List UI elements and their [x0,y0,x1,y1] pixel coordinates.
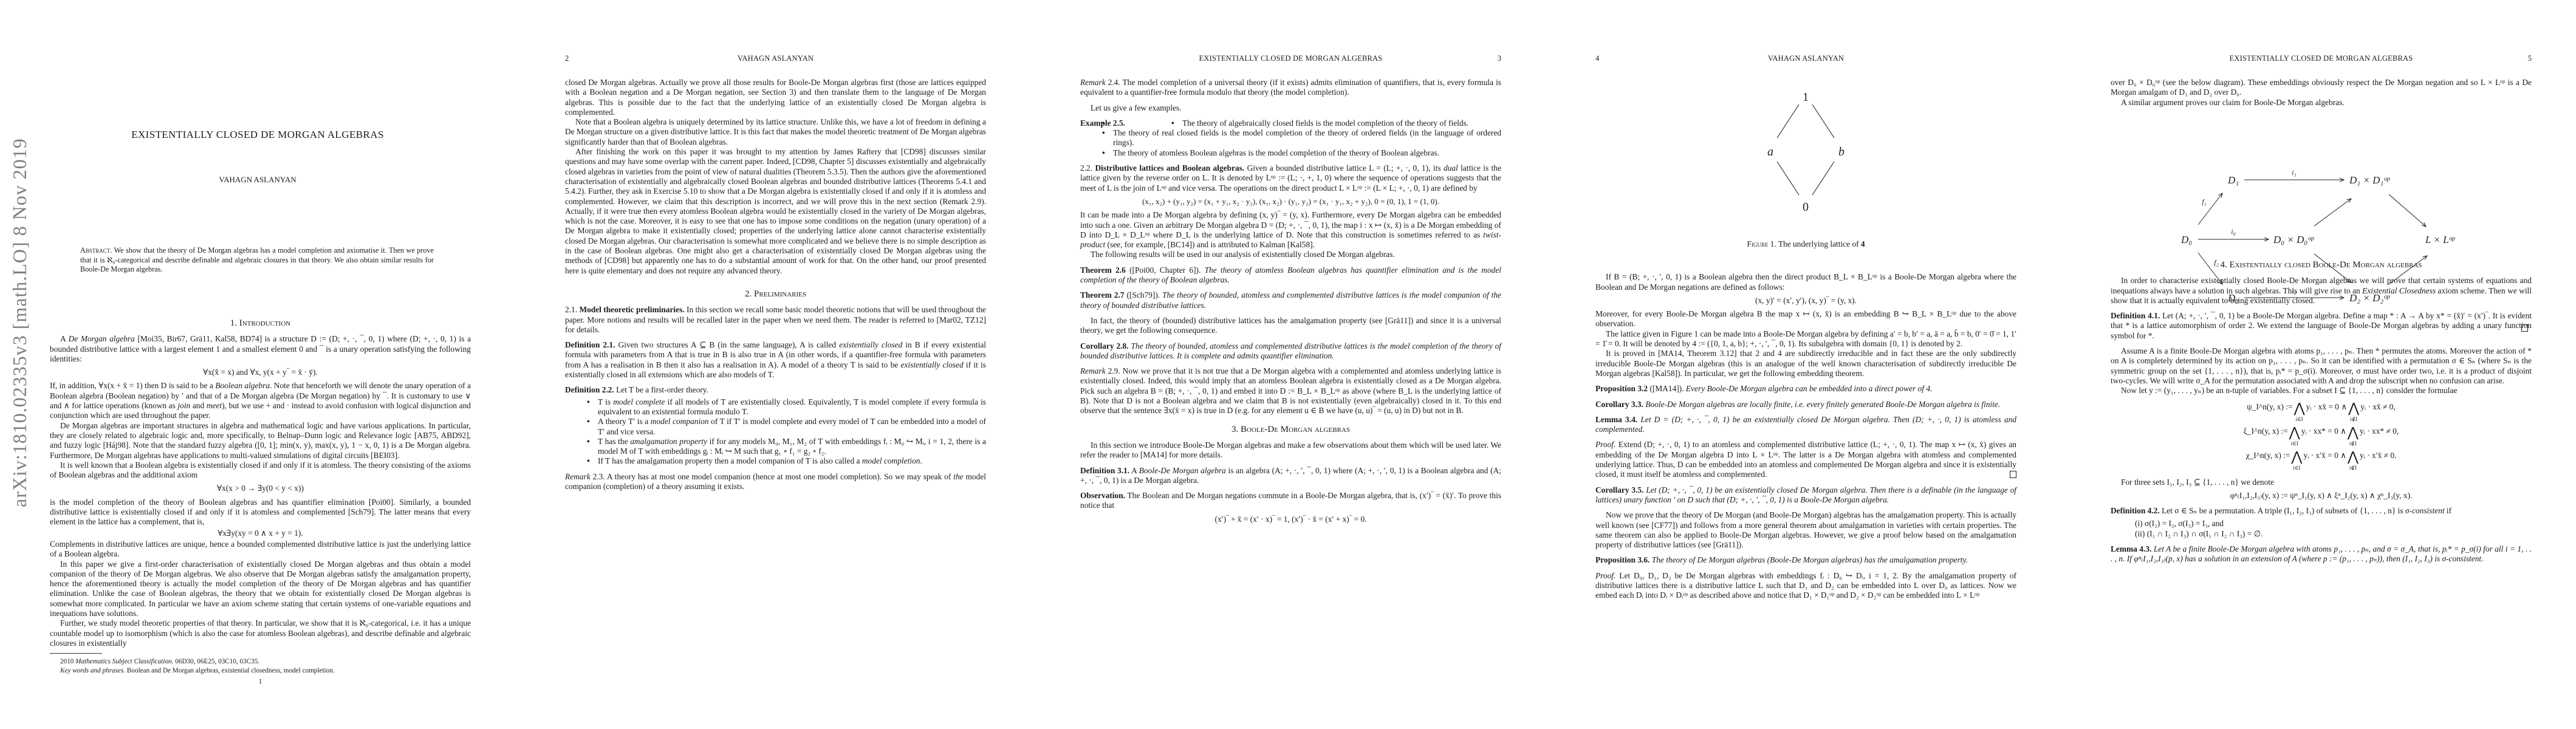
paragraph: A similar argument proves our claim for … [2111,98,2532,108]
paragraph: A De Morgan algebra [Moi35, Bir67, Grä11… [50,334,471,364]
qed-icon [2010,471,2016,478]
paragraph: In this section we introduce Boole-De Mo… [1080,440,1501,460]
definition-4-2-conditions: (i) σ(I₂) = I₂, σ(I₃) = I₃, and (ii) (I₁… [2111,519,2532,539]
list-item: A theory T′ is a model companion of T if… [598,417,986,437]
arrow-d1-l [2389,194,2426,227]
page-4-body: Figure 1. The underlying lattice of 4 If… [1595,239,2016,601]
definition-4-1: Definition 4.1. Let (A; +, ·, ′, ¯, 0, 1… [2111,311,2532,341]
node-d0: D₀ [2180,234,2192,245]
equation: (x, y)′ = (x′, y′), (x, y)‾ = (y, x). [1595,296,2016,306]
section-heading-introduction: 1. Introduction [50,318,471,328]
label-i1: i₁ [2292,168,2297,177]
paragraph: Complements in distributive lattices are… [50,539,471,560]
corollary-2-8: Corollary 2.8. The theory of bounded, at… [1080,341,1501,361]
footnote-msc: 2010 Mathematics Subject Classification.… [50,657,471,666]
paragraph: Moreover, for every Boole-De Morgan alge… [1595,309,2016,329]
subsection-2-2: 2.2. Distributive lattices and Boolean a… [1080,163,1501,193]
page-1-body: 1. Introduction A De Morgan algebra [Moi… [50,318,471,686]
page-1: arXiv:1810.02335v3 [math.LO] 8 Nov 2019 … [0,0,515,729]
arxiv-stamp[interactable]: arXiv:1810.02335v3 [math.LO] 8 Nov 2019 [9,138,31,507]
paragraph: Assume A is a finite Boole-De Morgan alg… [2111,346,2532,386]
definition-3-1: Definition 3.1. A Boole-De Morgan algebr… [1080,466,1501,486]
paragraph: It can be made into a De Morgan algebra … [1080,210,1501,250]
abstract-text: We show that the theory of De Morgan alg… [80,246,434,273]
page-5: EXISTENTIALLY CLOSED DE MORGAN ALGEBRAS … [2061,0,2576,729]
equation: (x₁, x₂) + (y₁, y₂) = (x₁ + y₁, x₂ · y₂)… [1080,197,1501,207]
edge-b-0 [1812,162,1834,195]
formula-chi: χ_I^n(y, x) := ⋀i∈I yᵢ · x′x̄ = 0 ∧ ⋀i∉I… [2111,451,2532,475]
corollary-3-5: Corollary 3.5. Let (D; +, ·, ¯, 0, 1) be… [1595,485,2016,505]
paragraph: The lattice given in Figure 1 can be mad… [1595,329,2016,349]
page-2: 2 VAHAGN ASLANYAN closed De Morgan algeb… [515,0,1030,729]
definition-2-2-list: T is model complete if all models of T a… [565,397,986,467]
page-number: 1 [50,676,471,686]
paragraph: After finishing the work on this paper i… [565,147,986,276]
running-head: EXISTENTIALLY CLOSED DE MORGAN ALGEBRAS … [2111,54,2532,64]
proposition-3-6: Proposition 3.6. The theory of De Morgan… [1595,555,2016,565]
definition-4-2: Definition 4.2. Let σ ∈ Sₙ be a permutat… [2111,506,2532,516]
page-3-body: Remark 2.4. The model completion of a un… [1080,78,1501,528]
label-i0: i₀ [2231,227,2236,236]
page-2-body: closed De Morgan algebras. Actually we p… [565,78,986,491]
paper-title: EXISTENTIALLY CLOSED DE MORGAN ALGEBRAS [0,129,515,141]
page-5-body: 4. Existentially closed Boole-De Morgan … [2111,252,2532,564]
remark-2-9: Remark 2.9. Now we prove that it is not … [1080,366,1501,416]
node-d0xd0op: D₀ × D₀ᵒᵖ [2273,234,2314,245]
paragraph: If B = (B; +, ·, ′, 0, 1) is a Boolean a… [1595,272,2016,292]
equation: ∀x(x̄̄ = x) and ∀x, y(x + y‾ = x̄ · ȳ). [50,368,471,377]
paragraph: Further, we study model theoretic proper… [50,618,471,648]
running-head-author: VAHAGN ASLANYAN [565,54,986,63]
page-4: 4 VAHAGN ASLANYAN 1 a b 0 Figure 1. The … [1546,0,2061,729]
paragraph: is the model completion of the theory of… [50,498,471,527]
example-2-5: Example 2.5. •The theory of algebraicall… [1080,118,1501,158]
paragraph: De Morgan algebras are important structu… [50,421,471,460]
edge-a-0 [1777,162,1799,195]
running-head-author: VAHAGN ASLANYAN [1595,54,2016,63]
node-lxlop: L × Lᵒᵖ [2425,234,2455,245]
example-list: •The theory of algebraically closed fiel… [1080,118,1501,158]
proof-lemma-3-4: Proof. Extend (D; +, ·, 0, 1) to an atom… [1595,440,2016,479]
node-a: a [1767,145,1773,159]
lattice-diagram-figure-1: 1 a b 0 [1546,82,2061,216]
section-heading-boole-de-morgan: 3. Boole-De Morgan algebras [1080,425,1501,434]
paragraph: In fact, the theory of (bounded) distrib… [1080,316,1501,336]
list-item: The theory of atomless Boolean algebras … [1113,148,1501,158]
page-number: 3 [1498,54,1501,63]
list-item: T is model complete if all models of T a… [598,397,986,417]
corollary-3-3: Corollary 3.3. Boole-De Morgan algebras … [1595,400,2016,409]
theorem-2-7: Theorem 2.7 ([Sch79]). The theory of bou… [1080,290,1501,310]
node-d1xd1op: D₁ × D₁ᵒᵖ [2349,174,2390,186]
theorem-2-6: Theorem 2.6 ([Poi00, Chapter 6]). The th… [1080,265,1501,286]
page-5-top: over D₀ × D₀ᵒᵖ (see the below diagram). … [2111,78,2532,108]
equation: (x′)‾ + x̄ = (x′ · x)‾ = 1, (x′)‾ · x̄ =… [1080,515,1501,524]
paragraph: closed De Morgan algebras. Actually we p… [565,78,986,117]
condition-ii: (ii) (I₁ ∩ I₂ ∩ I₃) ∩ σ(I₁ ∩ I₂ ∩ I₃) = … [2135,529,2532,539]
formulae-block: ψ_I^n(y, x) := ⋀i∈I yᵢ · xx̄ = 0 ∧ ⋀i∉I … [2111,402,2532,475]
paragraph: Now we prove that the theory of De Morga… [1595,510,2016,550]
formula-psi: ψ_I^n(y, x) := ⋀i∈I yᵢ · xx̄ = 0 ∧ ⋀i∉I … [2111,402,2532,426]
abstract-label: Abstract. [80,246,112,255]
node-0: 0 [1803,200,1809,214]
paragraph: It is well known that a Boolean algebra … [50,460,471,481]
paragraph: Now let y := (y₁, . . . , yₙ) be an n-tu… [2111,386,2532,395]
proof-proposition-3-6: Proof. Let D₀, D₁, D₂ be De Morgan algeb… [1595,571,2016,601]
list-item: If T has the amalgamation property then … [598,456,986,466]
node-b: b [1838,145,1845,159]
definition-2-1: Definition 2.1. Given two structures A ⊆… [565,340,986,380]
observation: Observation. The Boolean and De Morgan n… [1080,491,1501,511]
definition-2-2: Definition 2.2. Let T be a first-order t… [565,385,986,395]
paragraph: If, in addition, ∀x(x + x̄ = 1) then D i… [50,381,471,420]
condition-i: (i) σ(I₂) = I₂, σ(I₃) = I₃, and [2135,519,2532,529]
subsection-2-1: 2.1. Model theoretic preliminaries. In t… [565,305,986,335]
running-head-title: EXISTENTIALLY CLOSED DE MORGAN ALGEBRAS [1080,54,1501,63]
edge-1-a [1777,104,1799,138]
node-1: 1 [1803,91,1809,104]
section-heading-existentially-closed: 4. Existentially closed Boole-De Morgan … [2111,260,2532,270]
running-head: EXISTENTIALLY CLOSED DE MORGAN ALGEBRAS … [1080,54,1501,64]
remark-2-3: Remark 2.3. A theory has at most one mod… [565,472,986,492]
equation-phi: φⁿ₍I₁,I₂,I₃₎(y, x) := ψⁿ_I₁(y, x) ∧ ξⁿ_I… [2111,491,2532,501]
paragraph: In this paper we give a first-order char… [50,560,471,619]
list-item: •The theory of algebraically closed fiel… [1113,118,1501,128]
paragraph: Note that a Boolean algebra is uniquely … [565,117,986,147]
paragraph: over D₀ × D₀ᵒᵖ (see the below diagram). … [2111,78,2532,98]
paragraph: It is proved in [MA14, Theorem 3.12] tha… [1595,349,2016,378]
running-head: 4 VAHAGN ASLANYAN [1595,54,2016,64]
footnote-keywords: Key words and phrases. Boolean and De Mo… [50,666,471,676]
page-3: EXISTENTIALLY CLOSED DE MORGAN ALGEBRAS … [1030,0,1546,729]
running-head: 2 VAHAGN ASLANYAN [565,54,986,64]
node-d1: D₁ [2227,174,2239,186]
list-item: The theory of real closed fields is the … [1113,128,1501,148]
paragraph: For three sets I₁, I₂, I₃ ⊆ {1, . . . , … [2111,477,2532,487]
lemma-4-3: Lemma 4.3. Let A be a finite Boole-De Mo… [2111,544,2532,564]
formula-xi: ξ_I^n(y, x) := ⋀i∈I yᵢ · xx* = 0 ∧ ⋀i∉I … [2111,426,2532,451]
label-f1: f₁ [2202,197,2207,206]
equation: ∀x∃y(xy = 0 ∧ x + y = 1). [50,529,471,538]
proposition-3-2: Proposition 3.2 ([MA14]). Every Boole-De… [1595,384,2016,394]
paragraph: In order to characterise existentially c… [2111,276,2532,306]
lemma-3-4: Lemma 3.4. Let D = (D; +, ·, ¯, 0, 1) be… [1595,415,2016,435]
footnote-rule [50,653,102,654]
section-heading-preliminaries: 2. Preliminaries [565,289,986,299]
running-head-title: EXISTENTIALLY CLOSED DE MORGAN ALGEBRAS [2111,54,2532,63]
page-number: 5 [2528,54,2532,63]
edge-1-b [1812,104,1834,138]
abstract: Abstract. We show that the theory of De … [80,246,434,275]
arrow-d0-d1 [2314,199,2351,226]
paragraph: The following results will be used in ou… [1080,250,1501,259]
equation: ∀x(x > 0 → ∃y(0 < y < x)) [50,484,471,493]
figure-caption: Figure 1. The underlying lattice of 4 [1595,239,2016,249]
paper-author: VAHAGN ASLANYAN [0,175,515,185]
list-item: T has the amalgamation property if for a… [598,437,986,457]
remark-2-4: Remark 2.4. The model completion of a un… [1080,78,1501,98]
paragraph: Let us give a few examples. [1080,103,1501,113]
